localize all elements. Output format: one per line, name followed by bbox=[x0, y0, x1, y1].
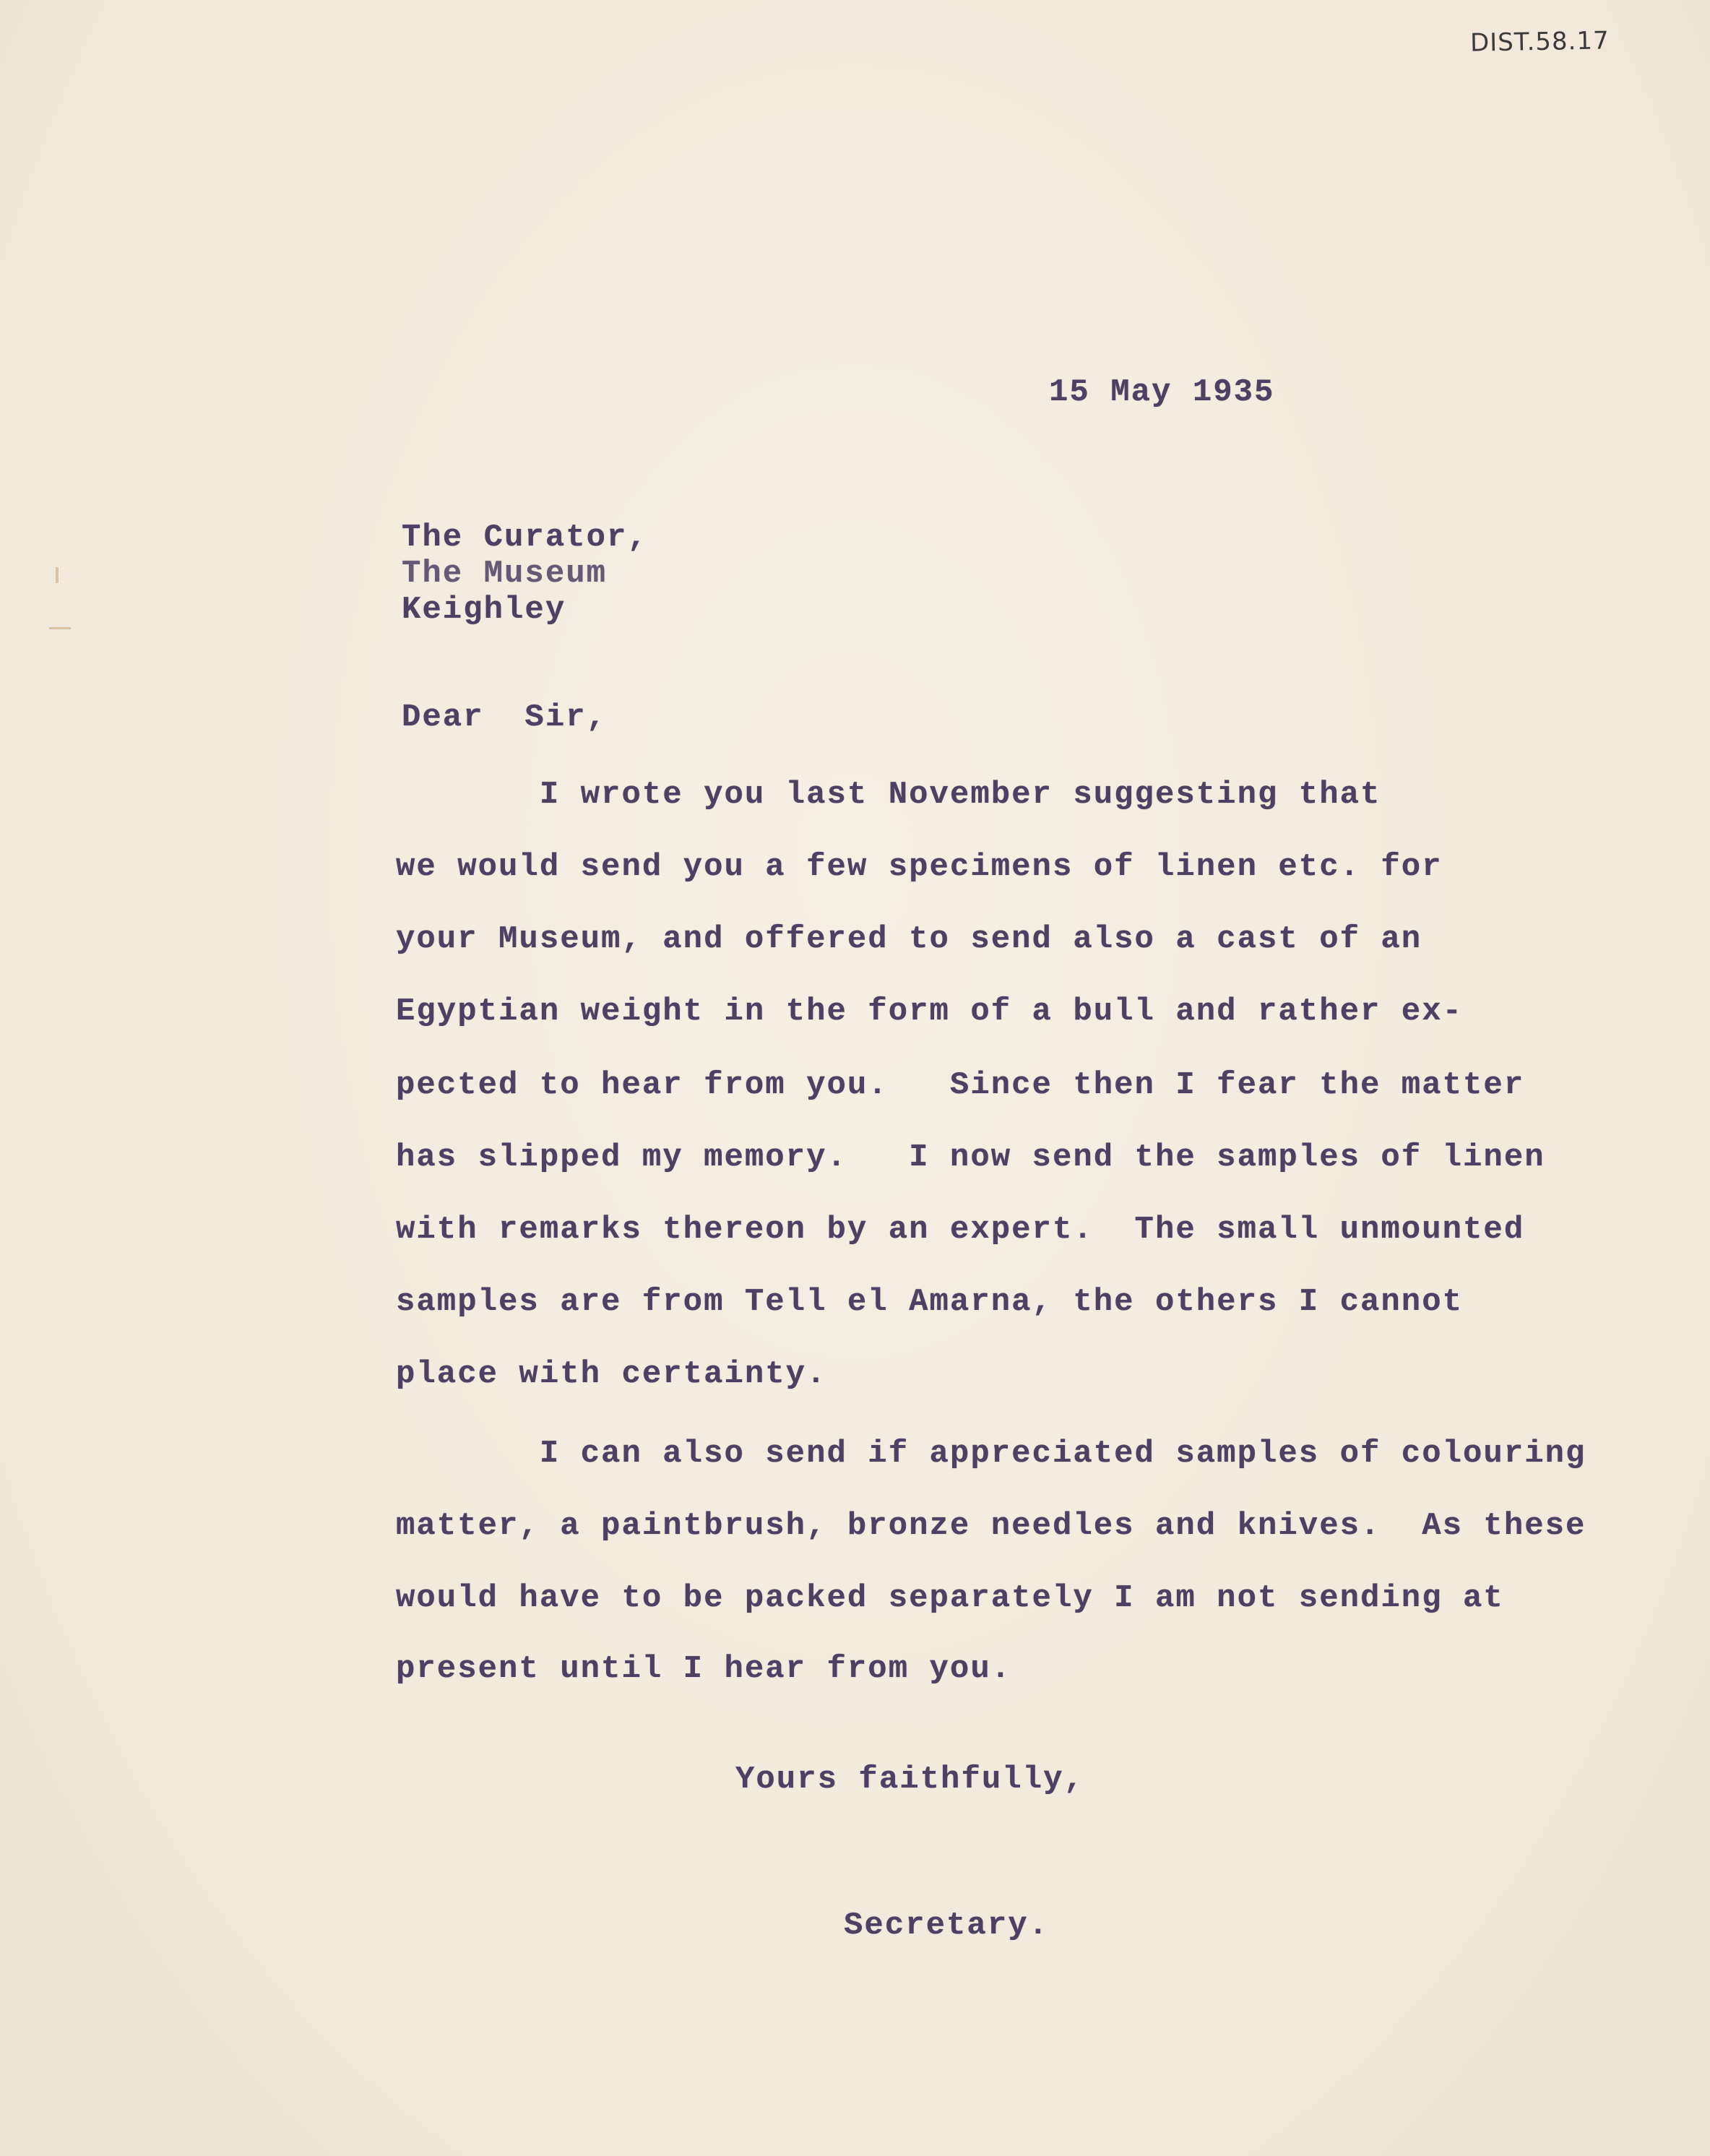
body-line: matter, a paintbrush, bronze needles and… bbox=[396, 1508, 1586, 1544]
body-line: pected to hear from you. Since then I fe… bbox=[396, 1067, 1524, 1103]
paper-mark bbox=[49, 627, 71, 629]
catalog-number: DIST.58.17 bbox=[1470, 26, 1610, 57]
body-line: present until I hear from you. bbox=[396, 1651, 1011, 1687]
closing: Yours faithfully, bbox=[735, 1762, 1084, 1798]
letter-date: 15 May 1935 bbox=[1049, 374, 1274, 410]
body-line: with remarks thereon by an expert. The s… bbox=[396, 1212, 1524, 1248]
body-line: I can also send if appreciated samples o… bbox=[396, 1436, 1586, 1472]
recipient-line-1: The Curator, bbox=[402, 519, 648, 556]
paper-mark bbox=[56, 567, 59, 583]
signature: Secretary. bbox=[844, 1907, 1049, 1944]
recipient-line-3: Keighley bbox=[402, 591, 566, 629]
body-line: we would send you a few specimens of lin… bbox=[396, 849, 1443, 885]
salutation: Dear Sir, bbox=[402, 699, 607, 736]
body-line: your Museum, and offered to send also a … bbox=[396, 921, 1422, 957]
body-line: Egyptian weight in the form of a bull an… bbox=[396, 993, 1463, 1030]
recipient-line-2: The Museum bbox=[402, 555, 607, 592]
body-line: place with certainty. bbox=[396, 1356, 827, 1392]
body-line: would have to be packed separately I am … bbox=[396, 1580, 1504, 1616]
body-line: has slipped my memory. I now send the sa… bbox=[396, 1139, 1545, 1176]
body-line: samples are from Tell el Amarna, the oth… bbox=[396, 1284, 1463, 1320]
body-line: I wrote you last November suggesting tha… bbox=[396, 777, 1381, 813]
